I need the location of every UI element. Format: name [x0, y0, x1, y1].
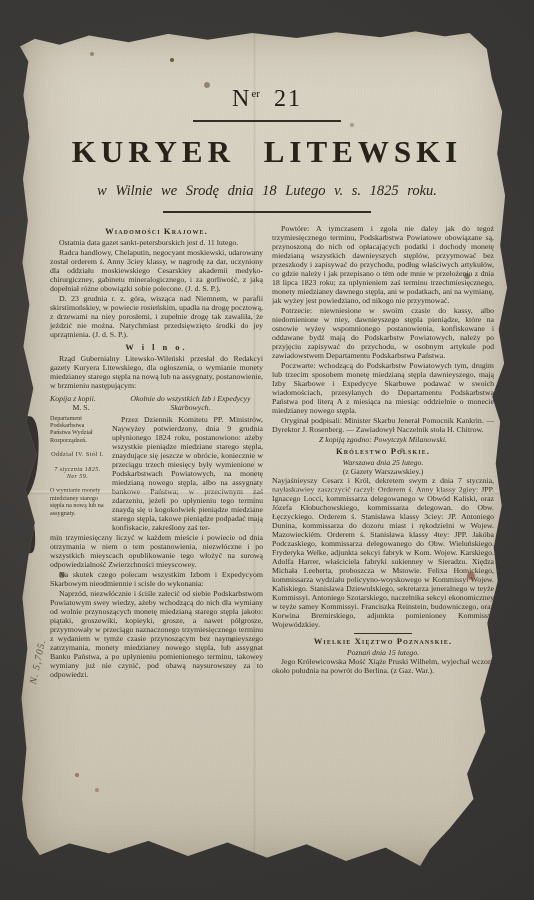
- paragraph: Nayjaśnieyszy Cesarz i Król, dekretem sw…: [272, 476, 494, 629]
- warsaw-dateline: Warszawa dnia 25 lutego.: [272, 458, 494, 467]
- paragraph: Powtóre: A tymczasem i zgoła nie daley j…: [272, 224, 494, 305]
- section-heading-wilno: W i l n o.: [50, 343, 263, 352]
- margin-note: 7 stycznia 1825. Ner 59.: [50, 466, 105, 481]
- section-heading-krolestwo: Królestwo Polskie.: [272, 447, 494, 456]
- paragraph: Naprzód, niezwłócznie i ściśle zalecić o…: [50, 589, 263, 679]
- issue-number: Ner21: [20, 86, 514, 113]
- source-note: (z Gazety Warszawskiey.): [272, 467, 494, 476]
- kopija-note: Kopija z kopii. M. S.: [50, 394, 112, 412]
- paragraph: Oryginał podpisali: Minister Skarbu Jene…: [272, 416, 494, 434]
- issue-n: N: [232, 86, 251, 112]
- dateline: w Wilnie we Srodę dnia 18 Lutego v. s. 1…: [20, 183, 514, 200]
- paragraph: Przez Dziennik Komitetu PP. Ministrów, N…: [112, 415, 263, 532]
- margin-notes: Departament Podskarbstwa Państwa Wydział…: [50, 415, 105, 533]
- margin-note: Departament Podskarbstwa Państwa Wydział…: [50, 415, 105, 445]
- paragraph: min trzymiesięczny liczyć w każdem mieśc…: [50, 533, 263, 569]
- marginal-block: Departament Podskarbstwa Państwa Wydział…: [50, 415, 263, 533]
- section-divider-rule: [354, 633, 412, 634]
- newspaper-page: Ner21 KURYER LITEWSKI w Wilnie we Srodę …: [20, 28, 514, 866]
- paragraph: Ostatnia data gazet sankt-petersburskich…: [50, 238, 263, 247]
- okolnie-heading: Okolnie do wszystkich Izb i Expedycyy Sk…: [118, 394, 263, 412]
- paragraph: Radca handlowy, Chelaputin, negocyant mo…: [50, 248, 263, 293]
- decree-text: Przez Dziennik Komitetu PP. Ministrów, N…: [112, 415, 263, 533]
- paragraph: D. 23 grudnia r. z. góra, wisząca nad Ni…: [50, 294, 263, 339]
- poznan-dateline: Poznań dnia 15 lutego.: [272, 648, 494, 657]
- masthead-rule-top: [193, 120, 341, 122]
- paragraph: Jego Królewicowska Mość Xiąże Pruski Wil…: [272, 657, 494, 675]
- section-heading-poznanskie: Wielkie Xięztwo Poznanskie.: [272, 637, 494, 646]
- issue-num: 21: [274, 86, 302, 112]
- paragraph: Z kopiją zgodno: Powytczyk Milanowski.: [272, 435, 494, 444]
- left-column: Wiadomości Krajowe. Ostatnia data gazet …: [50, 224, 263, 680]
- margin-note: O wymianie monety miedzianey starego stę…: [50, 487, 105, 517]
- ms-label: M. S.: [50, 403, 112, 412]
- margin-note: Oddział IV. Stół I.: [50, 451, 105, 458]
- paragraph: Na skutek czego polecam wszystkim Izbom …: [50, 570, 263, 588]
- kopija-row: Kopija z kopii. M. S. Okolnie do wszystk…: [50, 394, 263, 412]
- paragraph: Potrzecie: niewniesione w swoim czasie d…: [272, 306, 494, 360]
- right-column: Powtóre: A tymczasem i zgoła nie daley j…: [272, 224, 494, 680]
- masthead-rule-bottom: [163, 211, 371, 213]
- paragraph: Rząd Gubernialny Litewsko-Wileński przes…: [50, 354, 263, 390]
- newspaper-title: KURYER LITEWSKI: [20, 134, 514, 170]
- article-columns: Wiadomości Krajowe. Ostatnia data gazet …: [20, 213, 514, 680]
- masthead: Ner21 KURYER LITEWSKI w Wilnie we Srodę …: [20, 28, 514, 213]
- paragraph: Poczwarte: wchodzącą do Podskarbstw Powi…: [272, 361, 494, 415]
- kopija-label: Kopija z kopii.: [50, 394, 112, 403]
- issue-sup: er: [251, 88, 260, 100]
- torn-edge-blob: [15, 110, 28, 140]
- section-heading-krajowe: Wiadomości Krajowe.: [50, 227, 263, 236]
